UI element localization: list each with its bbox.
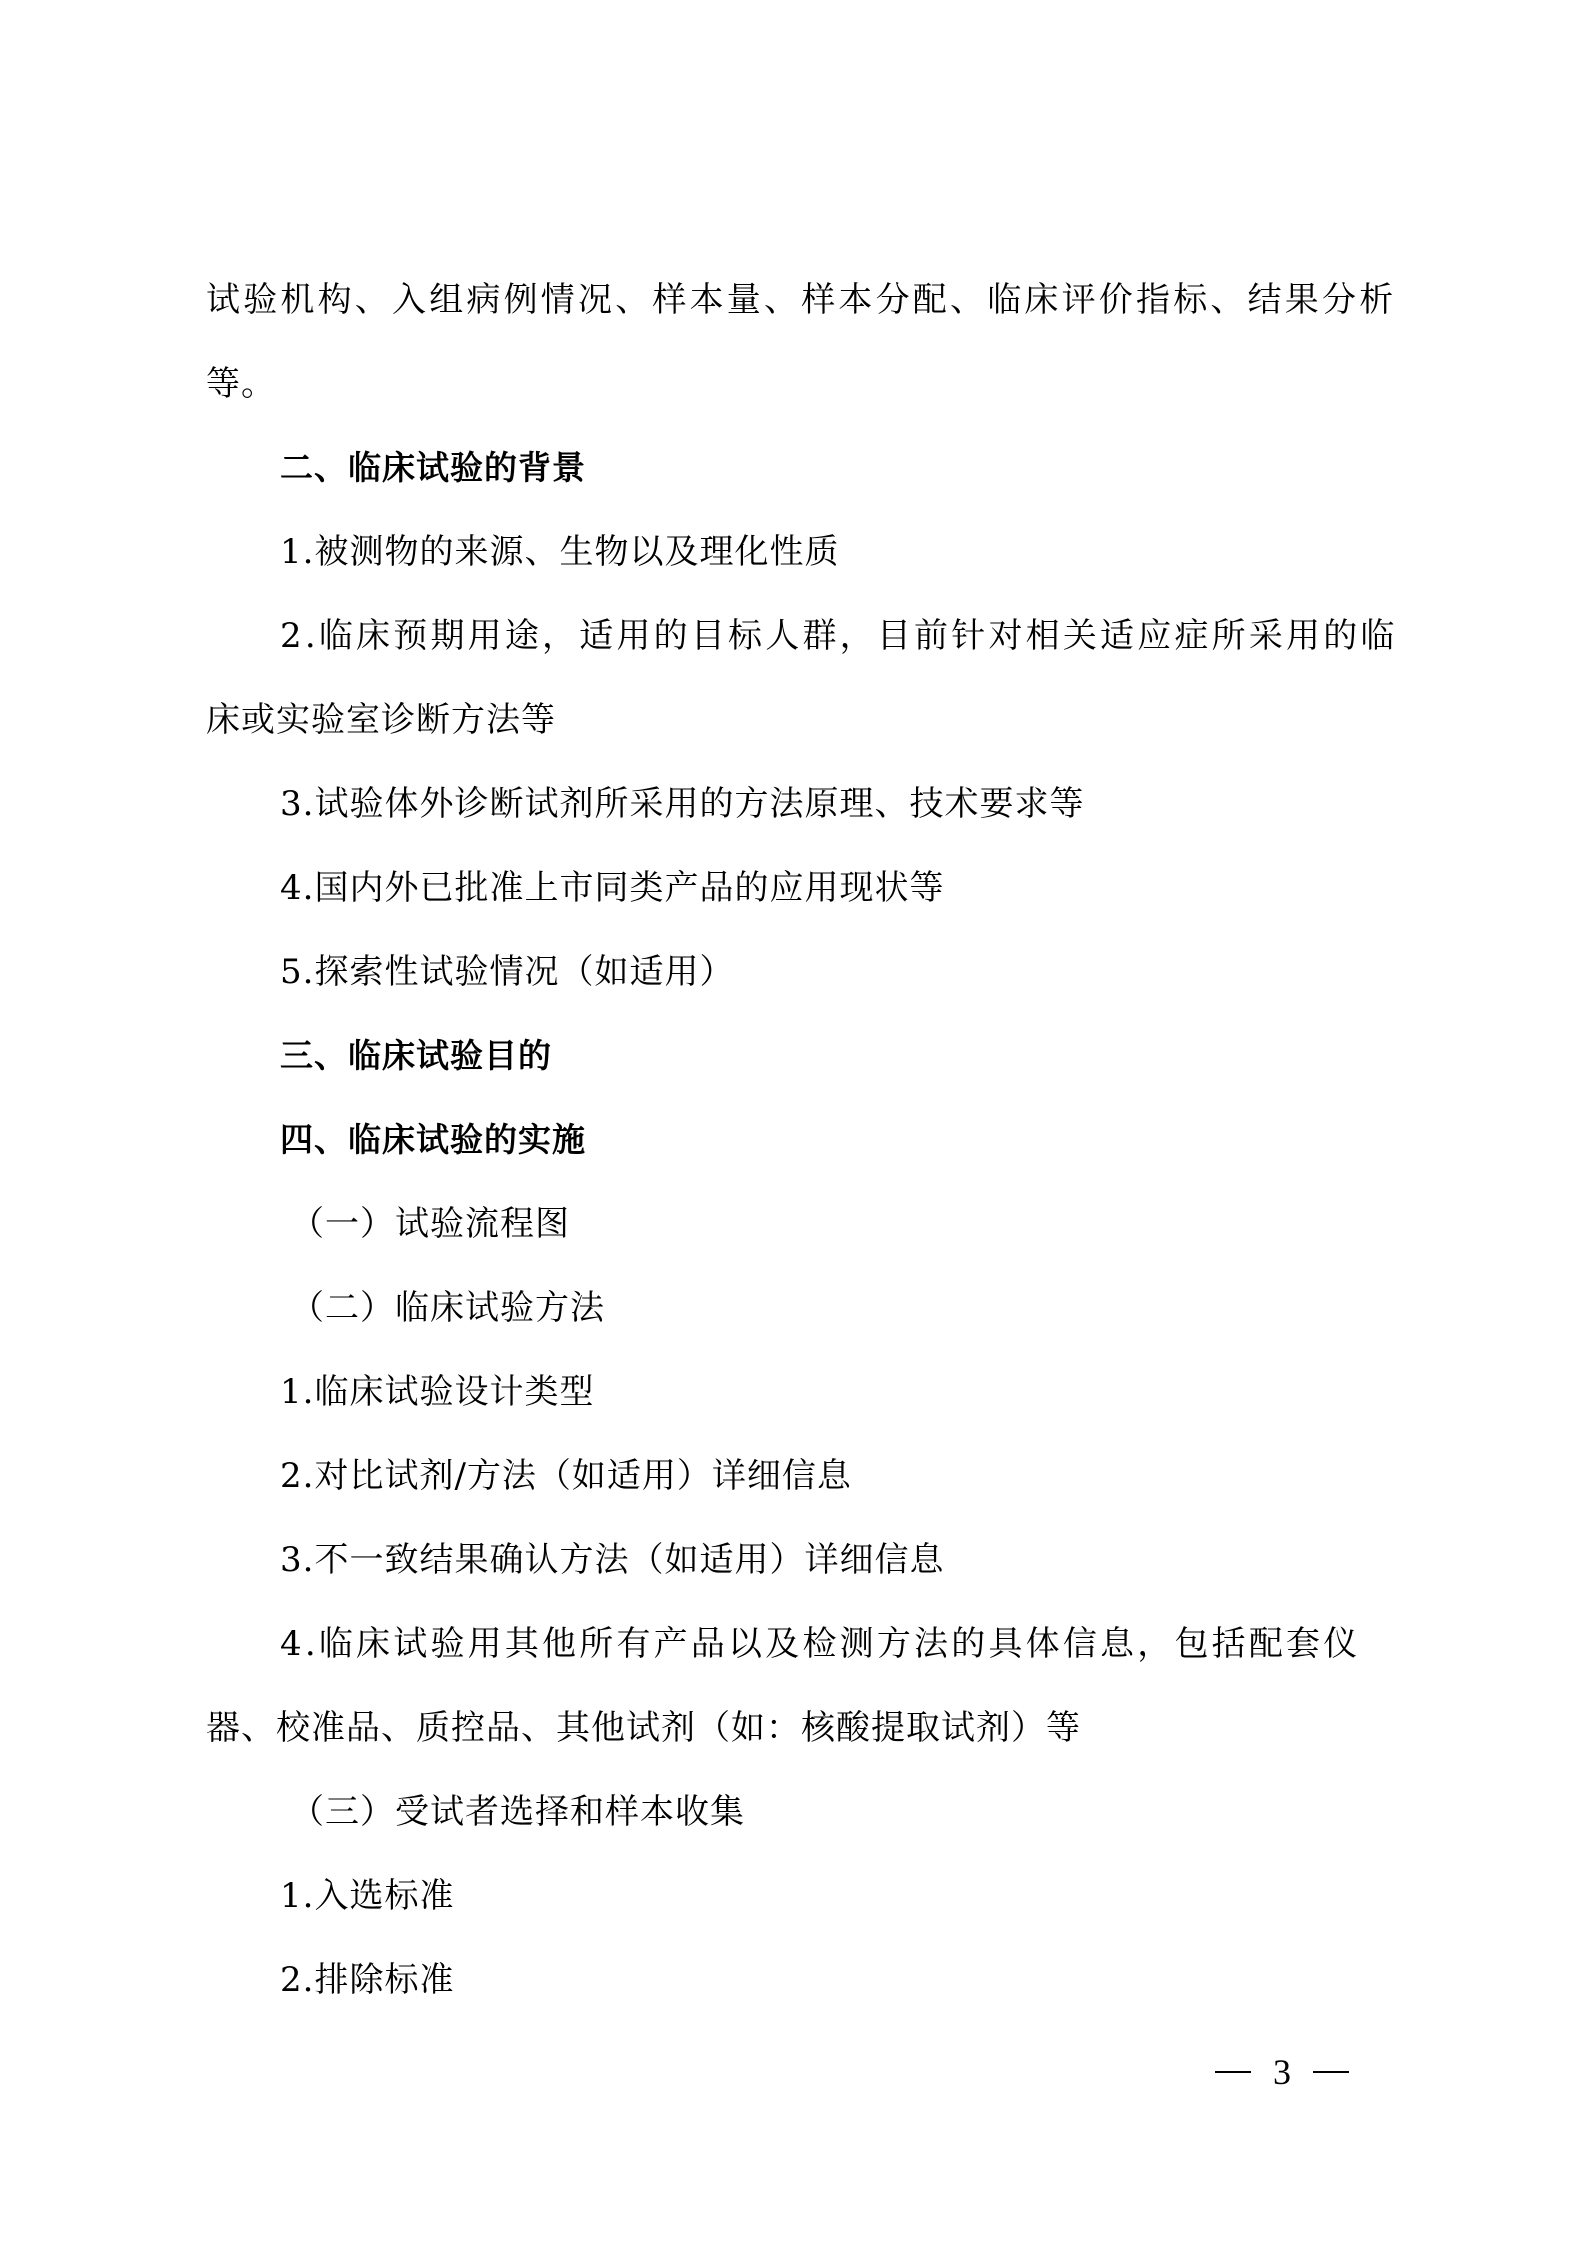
methods-item-4-line-1: 4.临床试验用其他所有产品以及检测方法的具体信息，包括配套仪 (280, 1624, 1360, 1664)
background-item-3: 3.试验体外诊断试剂所采用的方法原理、技术要求等 (280, 784, 1084, 824)
background-item-2-line-1: 2.临床预期用途，适用的目标人群，目前针对相关适应症所采用的临 (280, 616, 1398, 656)
selection-item-1: 1.入选标准 (280, 1876, 454, 1916)
methods-item-4-line-2: 器、校准品、质控品、其他试剂（如：核酸提取试剂）等 (206, 1708, 1081, 1748)
background-item-5: 5.探索性试验情况（如适用） (280, 952, 734, 992)
background-item-4: 4.国内外已批准上市同类产品的应用现状等 (280, 868, 944, 908)
page-number-footer: 3 (1215, 2052, 1349, 2092)
selection-item-2: 2.排除标准 (280, 1960, 454, 2000)
section-heading-implementation: 四、临床试验的实施 (280, 1120, 586, 1160)
dash-right-icon (1313, 2071, 1349, 2073)
methods-item-3: 3.不一致结果确认方法（如适用）详细信息 (280, 1540, 944, 1580)
document-page: 试验机构、入组病例情况、样本量、样本分配、临床评价指标、结果分析 等。 二、临床… (0, 0, 1587, 2245)
continuation-text-line-2: 等。 (206, 364, 276, 404)
methods-item-1: 1.临床试验设计类型 (280, 1372, 594, 1412)
subsection-subject-selection: （三）受试者选择和样本收集 (290, 1792, 745, 1832)
dash-left-icon (1215, 2071, 1251, 2073)
continuation-text-line-1: 试验机构、入组病例情况、样本量、样本分配、临床评价指标、结果分析 (206, 280, 1396, 320)
background-item-1: 1.被测物的来源、生物以及理化性质 (280, 532, 839, 572)
subsection-methods: （二）临床试验方法 (290, 1288, 605, 1328)
subsection-flowchart: （一）试验流程图 (290, 1204, 570, 1244)
page-number: 3 (1273, 2052, 1291, 2092)
section-heading-background: 二、临床试验的背景 (280, 448, 586, 488)
section-heading-purpose: 三、临床试验目的 (280, 1036, 552, 1076)
methods-item-2: 2.对比试剂/方法（如适用）详细信息 (280, 1456, 852, 1496)
background-item-2-line-2: 床或实验室诊断方法等 (206, 700, 556, 740)
